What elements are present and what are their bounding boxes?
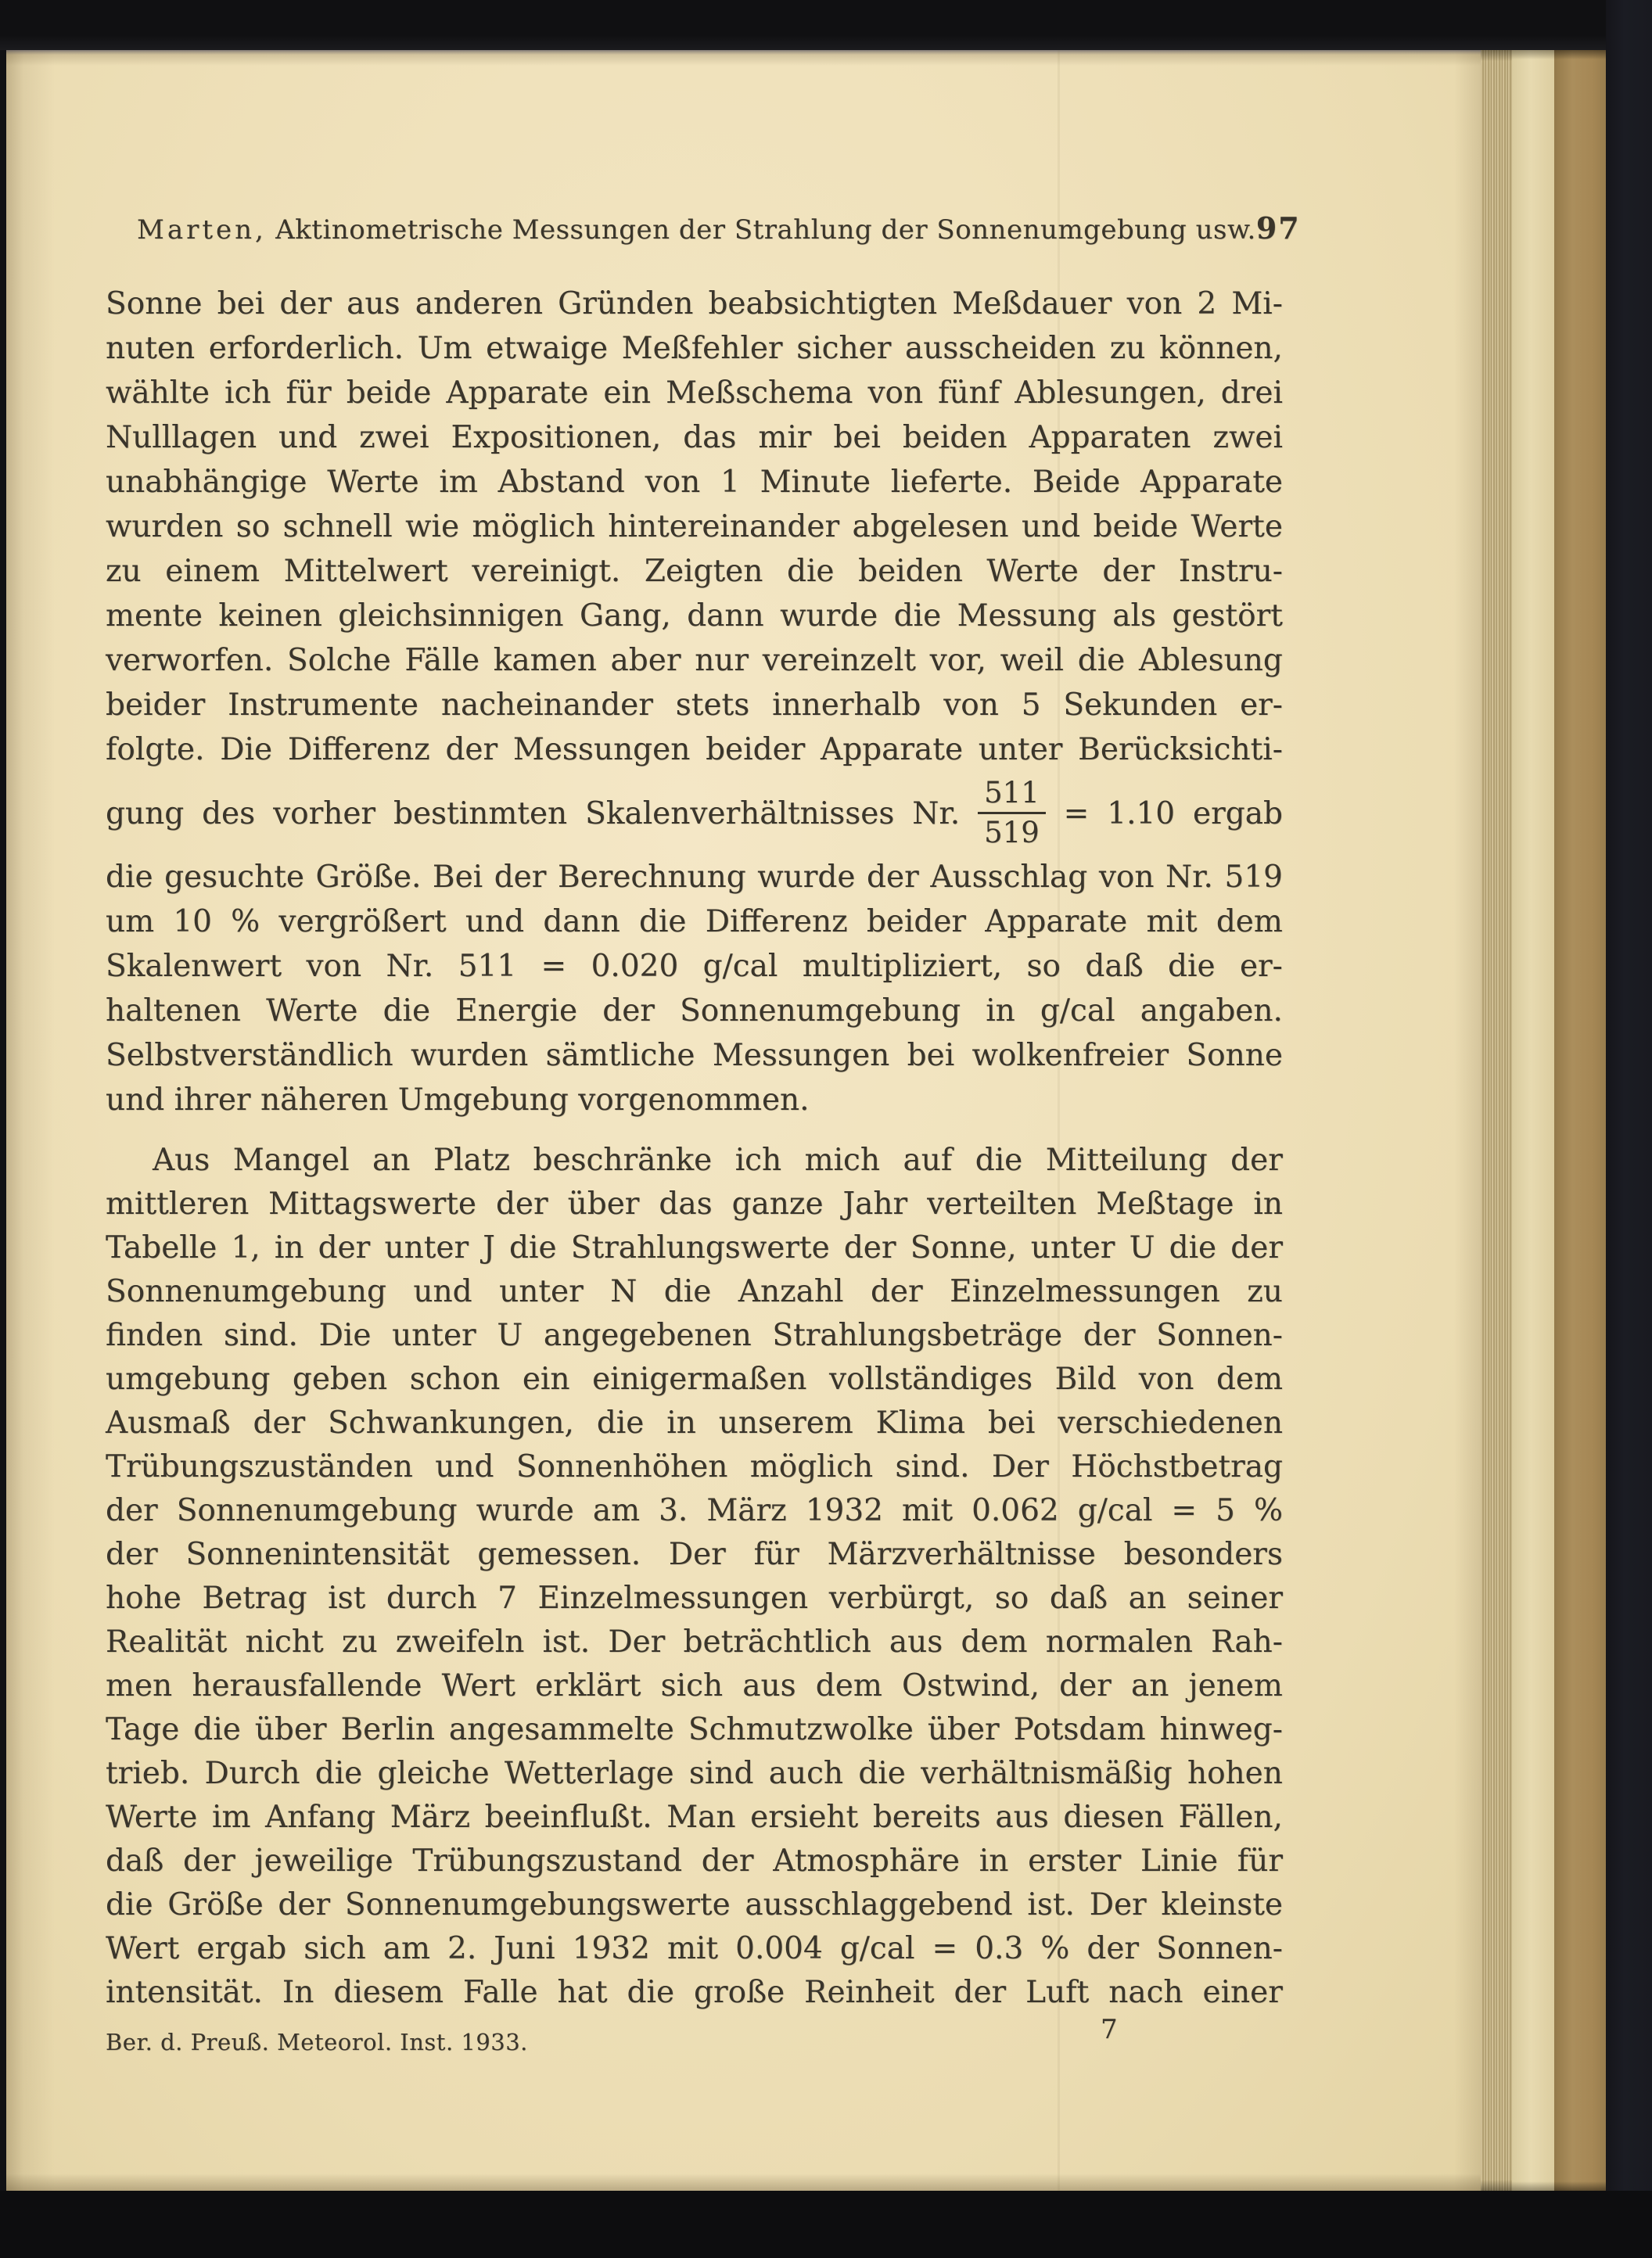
fraction-numerator: 511	[978, 778, 1046, 812]
word: beiden	[858, 549, 963, 594]
word: zu	[1247, 1270, 1283, 1314]
text-line: WerteimAnfangMärzbeeinflußt.Manersiehtbe…	[106, 1796, 1283, 1840]
word: innerhalb	[772, 683, 921, 727]
text-line: beiderInstrumentenacheinanderstetsinnerh…	[106, 683, 1283, 727]
word: men	[106, 1664, 172, 1708]
text-line: wählteichfürbeideApparateeinMeßschemavon…	[106, 371, 1283, 415]
text-line: wurdensoschnellwiemöglichhintereinandera…	[106, 504, 1283, 549]
word: der	[1086, 1927, 1139, 1971]
word: jeweilige	[255, 1840, 393, 1883]
word: aus	[742, 1664, 795, 1708]
scan-background-bottom	[0, 2191, 1652, 2258]
word: %	[231, 899, 260, 944]
text-line: diegesuchteGröße.BeiderBerechnungwurdede…	[106, 855, 1283, 899]
word: lieferte.	[891, 460, 1012, 504]
word: der	[494, 855, 547, 899]
word: Nr.	[912, 796, 960, 831]
text-line: AusMangelanPlatzbeschränkeichmichaufdieM…	[106, 1139, 1283, 1183]
word: ein	[603, 371, 651, 415]
word: Linie	[1140, 1840, 1218, 1883]
word: Platz	[433, 1139, 510, 1183]
word: wurde	[780, 594, 878, 638]
word: 1	[720, 460, 740, 504]
word: bei	[988, 1402, 1036, 1445]
word: für	[286, 371, 331, 415]
word: Potsdam	[1014, 1708, 1146, 1752]
word: der	[183, 1840, 235, 1883]
word: drei	[1221, 371, 1283, 415]
scanned-page: Marten, Aktinometrische Messungen der St…	[6, 50, 1481, 2191]
word: in	[275, 1226, 304, 1270]
fraction-511-519: 511 519	[978, 778, 1046, 849]
word: beider	[867, 899, 966, 944]
word: der	[1083, 1314, 1136, 1358]
word: die	[1169, 1226, 1217, 1270]
word: Rah-	[1211, 1621, 1283, 1664]
word: Berücksichti-	[1078, 727, 1283, 772]
word: Wetterlage	[505, 1752, 674, 1796]
word: Beide	[1032, 460, 1120, 504]
word: ist.	[1027, 1883, 1075, 1927]
word: aus	[889, 1621, 943, 1664]
word: Instru-	[1179, 549, 1283, 594]
word: Realität	[106, 1621, 227, 1664]
word: Mittelwert	[284, 549, 448, 594]
word: beiden	[903, 415, 1007, 460]
word: Instrumente	[228, 683, 418, 727]
word: Mitteilung	[1046, 1139, 1208, 1183]
word: sind.	[224, 1314, 298, 1358]
word: der	[106, 1489, 158, 1533]
word: die	[894, 594, 942, 638]
word: 7	[497, 1577, 517, 1621]
word: aus	[995, 1796, 1048, 1840]
word: wurden	[106, 504, 223, 549]
word: gesuchte	[164, 855, 304, 899]
word: Mangel	[233, 1139, 350, 1183]
word: Skalenverhältnisses	[585, 796, 894, 831]
word: verworfen.	[106, 638, 273, 683]
word: am	[593, 1489, 640, 1533]
word: einigermaßen	[592, 1358, 806, 1402]
word: =	[541, 944, 567, 989]
word: Ausschlag	[930, 855, 1087, 899]
word: Apparaten	[1029, 415, 1191, 460]
word: Meßdauer	[952, 282, 1112, 326]
word: verhältnismäßig	[921, 1752, 1173, 1796]
word: der	[278, 1883, 330, 1927]
word: Apparate	[446, 371, 588, 415]
word: ausschlaggebend	[745, 1883, 1012, 1927]
word: möglich	[472, 504, 595, 549]
word: finden	[106, 1314, 203, 1358]
word: Apparate	[821, 727, 963, 772]
word: angegebenen	[544, 1314, 752, 1358]
word: normalen	[1046, 1621, 1193, 1664]
word: der	[253, 1402, 305, 1445]
word: Tabelle	[106, 1226, 217, 1270]
word: Selbstverständlich	[106, 1033, 393, 1078]
word: Schmutzwolke	[688, 1708, 914, 1752]
text-line: derSonnenintensitätgemessen.DerfürMärzve…	[106, 1533, 1283, 1577]
word: 511	[458, 944, 516, 989]
word: Apparate	[1140, 460, 1283, 504]
word: und	[435, 1445, 494, 1489]
fraction-denominator: 519	[978, 812, 1046, 849]
word: Sonnenumgebung	[177, 1489, 458, 1533]
word: von	[943, 683, 999, 727]
word: Betrag	[202, 1577, 307, 1621]
word: daß	[1050, 1577, 1108, 1621]
word: umgebung	[106, 1358, 270, 1402]
word: die	[509, 1226, 557, 1270]
word: Wert	[442, 1664, 515, 1708]
header-title: Marten, Aktinometrische Messungen der St…	[106, 213, 1256, 247]
text-line: Realitätnichtzuzweifelnist.Derbeträchtli…	[106, 1621, 1283, 1664]
word: anderen	[415, 282, 543, 326]
word: Nr.	[1165, 855, 1213, 899]
word: große	[694, 1971, 785, 2015]
word: Ostwind,	[902, 1664, 1040, 1708]
word: diesem	[333, 1971, 444, 2015]
word: in	[666, 1402, 696, 1445]
word: zu	[342, 1621, 378, 1664]
text-line: menherausfallendeWerterklärtsichausdemOs…	[106, 1664, 1283, 1708]
word: angesammelte	[449, 1708, 674, 1752]
word: vereinzelt	[763, 638, 916, 683]
word: Apparate	[985, 899, 1127, 944]
paragraph-2: AusMangelanPlatzbeschränkeichmichaufdieM…	[106, 1139, 1283, 2015]
word: Nr.	[386, 944, 433, 989]
word: der	[602, 989, 655, 1033]
word: März	[390, 1796, 470, 1840]
word: Strahlungsbeträge	[772, 1314, 1062, 1358]
word: schon	[410, 1358, 501, 1402]
text-line: daßderjeweiligeTrübungszustandderAtmosph…	[106, 1840, 1283, 1883]
word: Ablesungen,	[1015, 371, 1206, 415]
paragraph-1: SonnebeiderausanderenGründenbeabsichtigt…	[106, 282, 1283, 1122]
scan-background-top	[0, 0, 1652, 50]
word: hohe	[106, 1577, 181, 1621]
word: Berechnung	[558, 855, 746, 899]
word: gleiche	[378, 1752, 490, 1796]
word: Größe.	[316, 855, 422, 899]
word: von	[1099, 855, 1155, 899]
word: Sonnen-	[1156, 1314, 1283, 1358]
word: Bild	[1055, 1358, 1117, 1402]
word: von	[867, 371, 923, 415]
word: die	[193, 1708, 241, 1752]
word: die	[787, 549, 835, 594]
word: gung	[106, 796, 184, 831]
word: die	[1078, 638, 1126, 683]
word: so	[995, 1577, 1029, 1621]
word: intensität.	[106, 1971, 263, 2015]
word: mich	[805, 1139, 880, 1183]
word: daß	[1085, 944, 1143, 989]
word: Meßtage	[1096, 1183, 1234, 1226]
word: Gründen	[558, 282, 693, 326]
word: bestinmten	[393, 796, 567, 831]
word: Sonnenumgebung	[680, 989, 961, 1033]
word: unter	[392, 1314, 476, 1358]
word: J	[483, 1226, 495, 1270]
text-line: derSonnenumgebungwurdeam3.März1932mit0.0…	[106, 1489, 1283, 1533]
word: Jahr	[842, 1183, 907, 1226]
word: Sonnenumgebung	[106, 1270, 386, 1314]
word: Einzelmessungen	[538, 1577, 809, 1621]
word: angaben.	[1140, 989, 1283, 1033]
word: vergrößert	[278, 899, 446, 944]
word: er-	[1240, 683, 1283, 727]
word: Skalenwert	[106, 944, 282, 989]
word: hat	[558, 1971, 608, 2015]
word: vollständiges	[829, 1358, 1032, 1402]
word: Wert	[106, 1927, 179, 1971]
word: gemessen.	[477, 1533, 641, 1577]
word: wurde	[757, 855, 855, 899]
text-line-with-fraction: gungdesvorherbestinmtenSkalenverhältniss…	[106, 772, 1283, 855]
word: kleinste	[1161, 1883, 1283, 1927]
word: Trübungszuständen	[106, 1445, 413, 1489]
word: auf	[903, 1139, 952, 1183]
word: einem	[165, 549, 260, 594]
text-line: TrübungszuständenundSonnenhöhenmöglichsi…	[106, 1445, 1283, 1489]
word: 0.3	[975, 1927, 1023, 1971]
text-line: nutenerforderlich.UmetwaigeMeßfehlersich…	[106, 326, 1283, 371]
word: Klima	[876, 1402, 965, 1445]
word: schnell	[283, 504, 393, 549]
word: Werte	[327, 460, 418, 504]
word: unserem	[719, 1402, 853, 1445]
word: zu	[1110, 326, 1146, 371]
word: gleichsinnigen	[338, 594, 563, 638]
text-line: umgebunggebenschoneineinigermaßenvollstä…	[106, 1358, 1283, 1402]
word: beabsichtigten	[708, 282, 937, 326]
word: wurde	[476, 1489, 574, 1533]
word: Sonne,	[910, 1226, 1017, 1270]
word: nur	[695, 638, 749, 683]
word: in	[1253, 1183, 1283, 1226]
word: Fällen,	[1179, 1796, 1283, 1840]
text-line: dieGrößederSonnenumgebungswerteausschlag…	[106, 1883, 1283, 1927]
word: unter	[499, 1270, 584, 1314]
word: abgelesen	[853, 504, 1009, 549]
word: erster	[1028, 1840, 1121, 1883]
word: von	[1127, 282, 1183, 326]
word: Sonnenhöhen	[516, 1445, 728, 1489]
word: Atmosphäre	[773, 1840, 960, 1883]
word: Messungen	[513, 727, 690, 772]
word: keinen	[218, 594, 322, 638]
word: mente	[106, 594, 203, 638]
word: von	[1139, 1358, 1194, 1402]
scan-background-right	[1606, 0, 1652, 2258]
word: Der	[992, 1445, 1049, 1489]
word: multipliziert,	[803, 944, 1002, 989]
word: Juni	[494, 1927, 555, 1971]
word: verschiedenen	[1058, 1402, 1283, 1445]
word: Differenz	[706, 899, 848, 944]
text-line: um10%vergrößertunddanndieDifferenzbeider…	[106, 899, 1283, 944]
word: 5	[1022, 683, 1041, 727]
text-line: trieb.DurchdiegleicheWetterlagesindauchd…	[106, 1752, 1283, 1796]
word: Man	[666, 1796, 735, 1840]
word: und	[278, 415, 337, 460]
word: der	[496, 1183, 548, 1226]
word: Abstand	[498, 460, 625, 504]
word: Trübungszustand	[412, 1840, 682, 1883]
text-line: mentekeinengleichsinnigenGang,dannwurded…	[106, 594, 1283, 638]
word: ein	[523, 1358, 570, 1402]
word: Ausmaß	[106, 1402, 231, 1445]
word: sich	[303, 1927, 365, 1971]
word: beschränke	[533, 1139, 713, 1183]
book-cover-edge	[1554, 50, 1606, 2191]
word: Märzverhältnisse	[828, 1533, 1096, 1577]
word: In	[282, 1971, 314, 2015]
text-line: SonnenumgebungundunterNdieAnzahlderEinze…	[106, 1270, 1283, 1314]
word: über	[568, 1183, 640, 1226]
word: diesen	[1063, 1796, 1164, 1840]
word: Aus	[153, 1139, 210, 1183]
word: an	[372, 1139, 410, 1183]
word: ich	[224, 371, 271, 415]
word: die	[627, 1971, 675, 2015]
word: im	[212, 1796, 250, 1840]
word: für	[1237, 1840, 1283, 1883]
word: so	[1027, 944, 1061, 989]
word: sämtliche	[546, 1033, 695, 1078]
word: beeinflußt.	[485, 1796, 652, 1840]
book-scan: { "document": { "header": { "author": "M…	[0, 0, 1652, 2258]
word: können,	[1159, 326, 1283, 371]
word: stets	[676, 683, 749, 727]
word: des	[202, 796, 255, 831]
word: der	[106, 1533, 158, 1577]
word: hohen	[1187, 1752, 1283, 1796]
word: Zeigten	[645, 549, 763, 594]
word: die	[315, 1752, 363, 1796]
word: er-	[1240, 944, 1283, 989]
word: Falle	[463, 1971, 538, 2015]
word: dann	[687, 594, 763, 638]
footer-page-number: 7	[1101, 2015, 1118, 2044]
word: bei	[217, 282, 265, 326]
word: dem	[1216, 899, 1283, 944]
word: 1,	[231, 1226, 260, 1270]
word: erforderlich.	[209, 326, 404, 371]
word: ich	[735, 1139, 781, 1183]
word: 0.062	[971, 1489, 1059, 1533]
word: auch	[769, 1752, 843, 1796]
word: Sekunden	[1063, 683, 1217, 727]
word: an	[1131, 1664, 1169, 1708]
word: als	[1112, 594, 1156, 638]
word: gestört	[1172, 594, 1283, 638]
text-line: NulllagenundzweiExpositionen,dasmirbeibe…	[106, 415, 1283, 460]
word: die	[106, 1883, 153, 1927]
word: =	[1171, 1489, 1197, 1533]
header-page-number: 97	[1256, 211, 1301, 246]
word: g/cal	[1040, 989, 1115, 1033]
footer-imprint: Ber. d. Preuß. Meteorol. Inst. 1933.	[106, 2029, 528, 2055]
word: Werte	[1191, 504, 1283, 549]
word: wie	[405, 504, 459, 549]
word: unter	[979, 727, 1063, 772]
word: der	[1102, 549, 1155, 594]
word: Berlin	[341, 1708, 435, 1752]
word: erklärt	[535, 1664, 641, 1708]
word: der	[279, 282, 332, 326]
text-line: hoheBetragistdurch7Einzelmessungenverbür…	[106, 1577, 1283, 1621]
word: bereits	[873, 1796, 981, 1840]
word: mittleren	[106, 1183, 249, 1226]
word: mir	[758, 415, 811, 460]
word: Gang,	[580, 594, 671, 638]
word: seiner	[1187, 1577, 1283, 1621]
word: zwei	[1212, 415, 1282, 460]
word: um	[106, 899, 154, 944]
word: aber	[611, 638, 681, 683]
word: März	[706, 1489, 786, 1533]
word: Mi-	[1231, 282, 1283, 326]
word: Sonnen-	[1156, 1927, 1283, 1971]
word: wurden	[411, 1033, 528, 1078]
word: Ablesung	[1139, 638, 1283, 683]
word: Solche	[287, 638, 391, 683]
word: Sonne	[106, 282, 203, 326]
word: unabhängige	[106, 460, 307, 504]
text-line: AusmaßderSchwankungen,dieinunseremKlimab…	[106, 1402, 1283, 1445]
text-line: unabhängigeWerteimAbstandvon1Minuteliefe…	[106, 460, 1283, 504]
text-line: haltenenWertedieEnergiederSonnenumgebung…	[106, 989, 1283, 1033]
word: Werte	[106, 1796, 197, 1840]
word: jenem	[1189, 1664, 1283, 1708]
header-title-rest: Aktinometrische Messungen der Strahlung …	[275, 214, 1256, 246]
word: Größe	[167, 1883, 263, 1927]
text-line: SkalenwertvonNr.511=0.020g/calmultiplizi…	[106, 944, 1283, 989]
word: Sonnenintensität	[185, 1533, 449, 1577]
word: g/cal	[1078, 1489, 1153, 1533]
word: einer	[1202, 1971, 1282, 2015]
word: Werte	[986, 549, 1078, 594]
word: dem	[961, 1621, 1027, 1664]
word: Meßfehler	[622, 326, 783, 371]
page-footer: Ber. d. Preuß. Meteorol. Inst. 1933. 7	[106, 2027, 1283, 2057]
text-line: mittlerenMittagswertederüberdasganzeJahr…	[106, 1183, 1283, 1226]
word: zwei	[359, 415, 429, 460]
word: Energie	[455, 989, 577, 1033]
word: g/cal	[703, 944, 778, 989]
word: 1932	[573, 1927, 650, 1971]
word: etwaige	[486, 326, 608, 371]
word: Schwankungen,	[328, 1402, 574, 1445]
word: der	[702, 1840, 754, 1883]
word: nuten	[106, 326, 195, 371]
word: die	[106, 855, 153, 899]
word: ergab	[1193, 796, 1283, 831]
text-line: SelbstverständlichwurdensämtlicheMessung…	[106, 1033, 1283, 1078]
word: über	[255, 1708, 327, 1752]
word: 5	[1216, 1489, 1235, 1533]
word: Expositionen,	[451, 415, 662, 460]
word: die	[975, 1139, 1023, 1183]
word: beträchtlich	[684, 1621, 871, 1664]
word: Bei	[433, 855, 483, 899]
word: unter	[384, 1226, 469, 1270]
word: der	[1230, 1139, 1283, 1183]
